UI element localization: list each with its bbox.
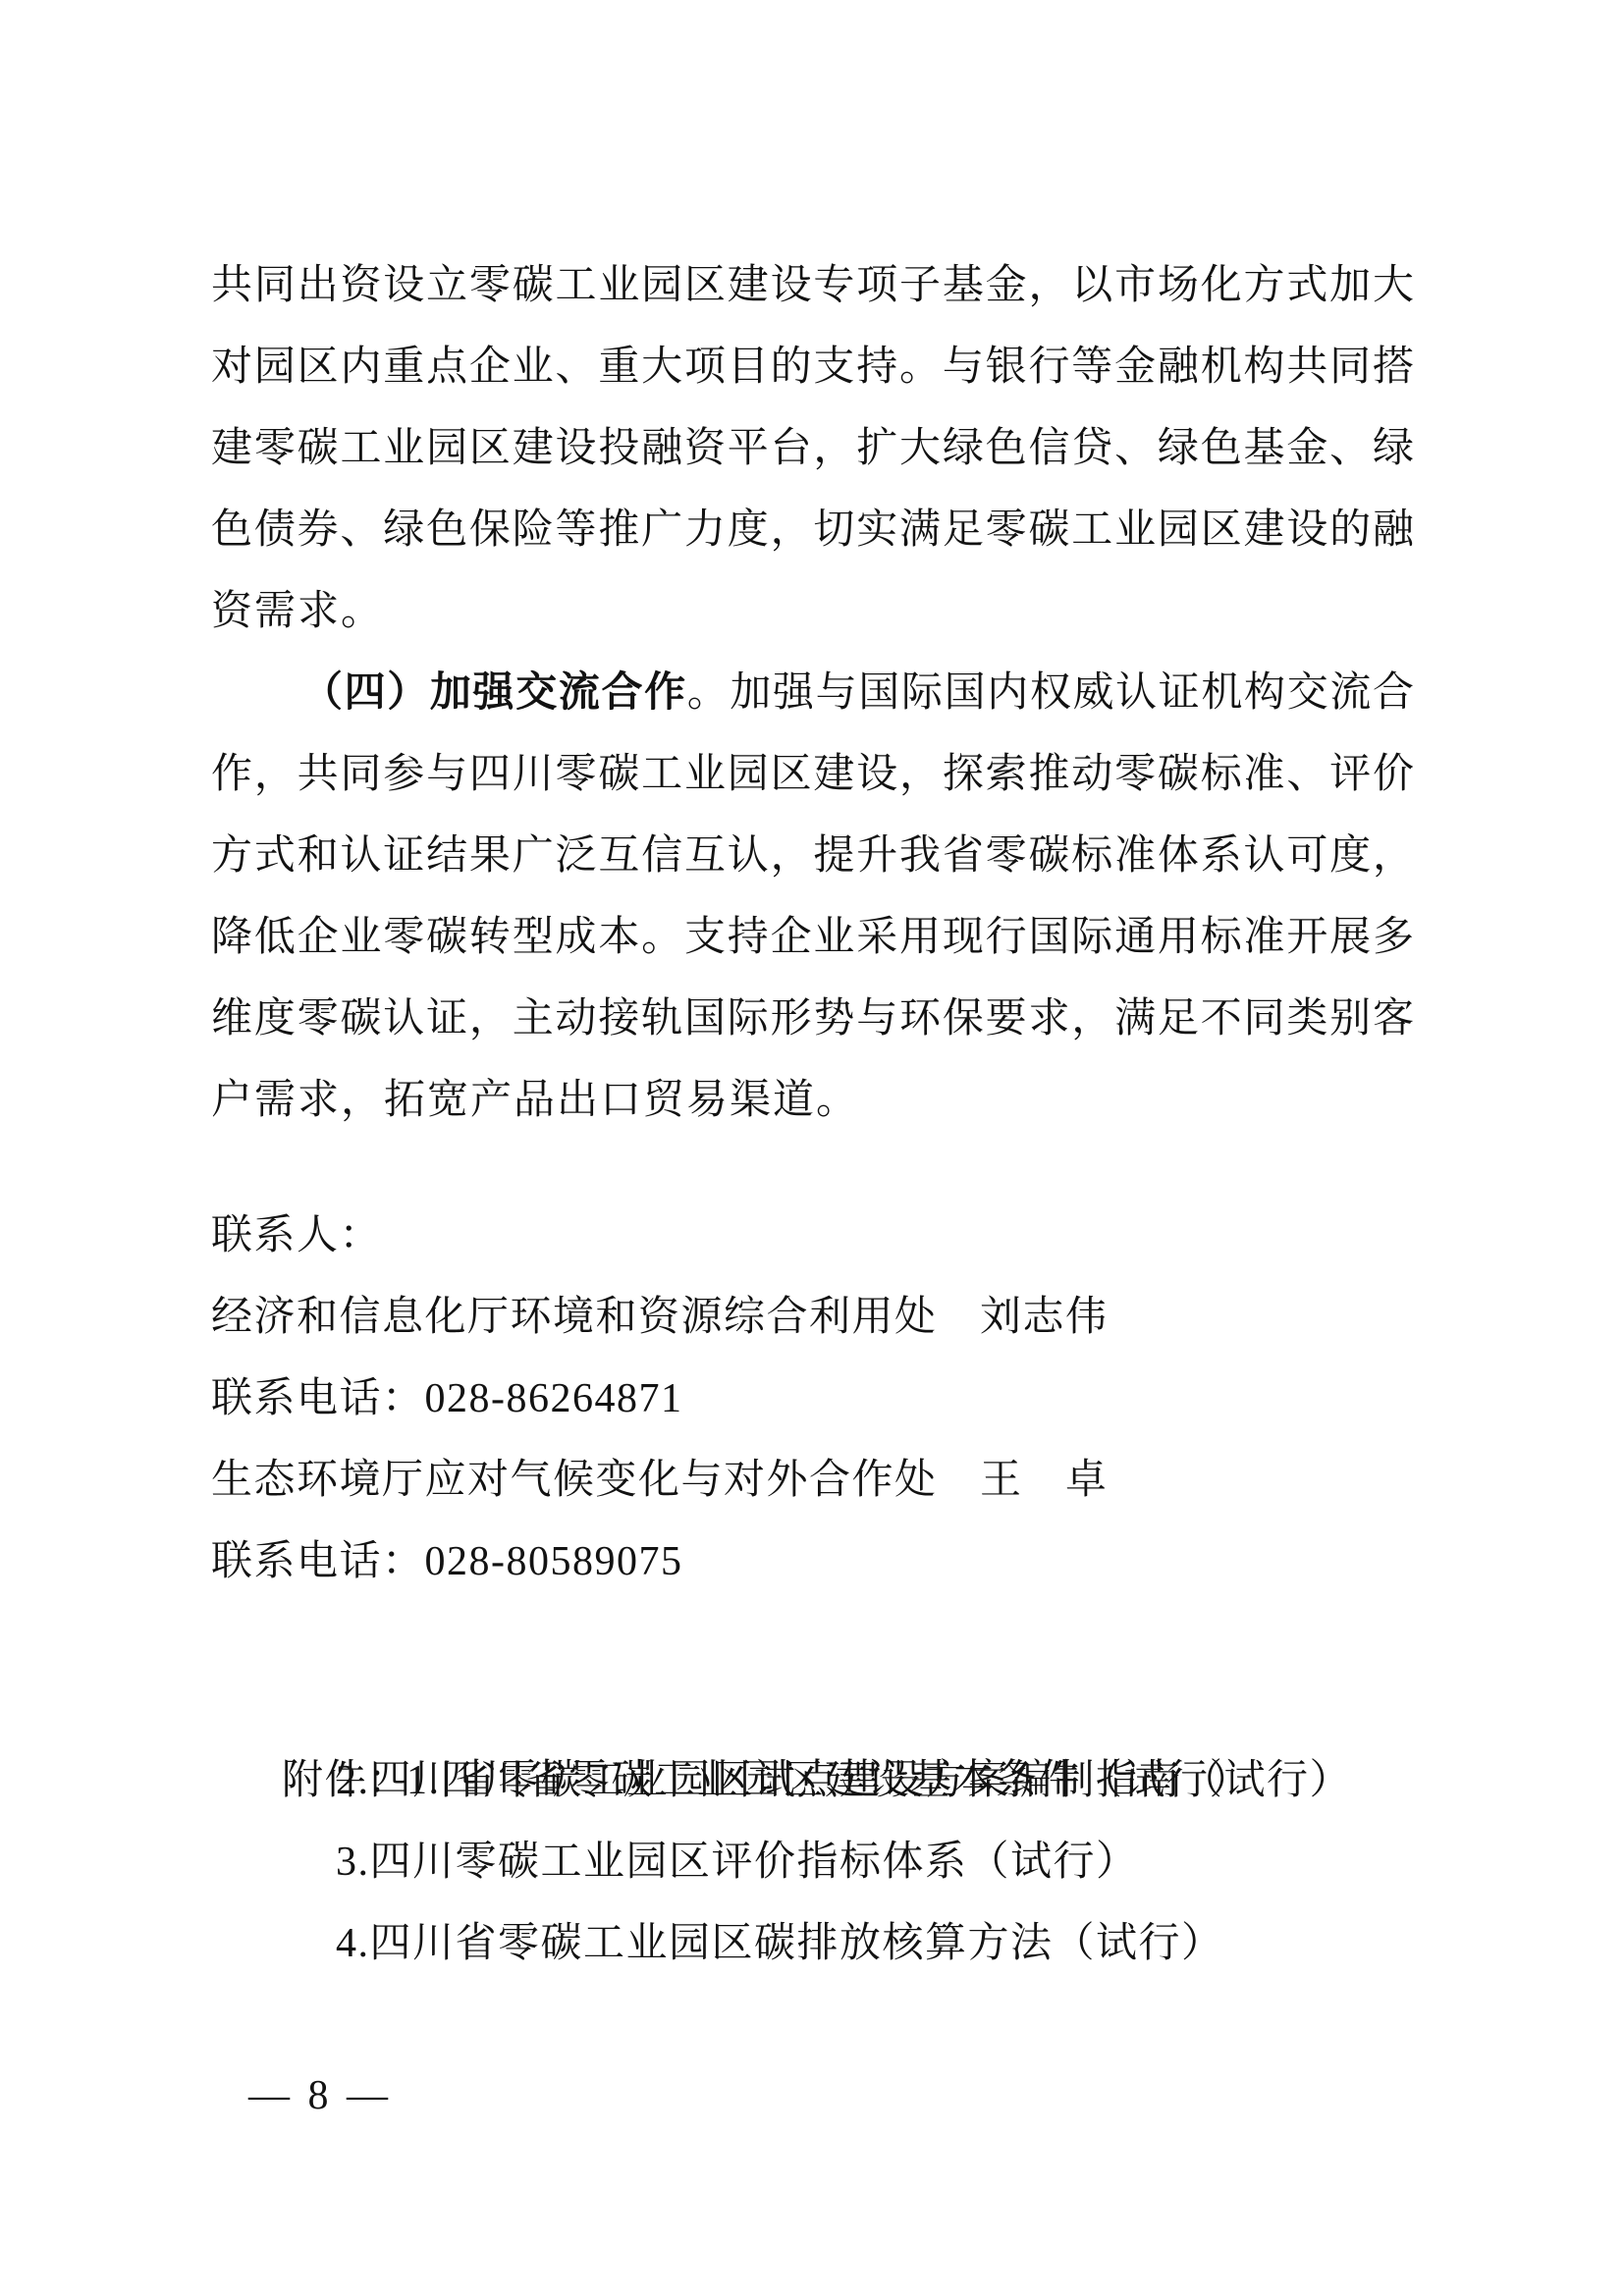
contact-org-line: 经济和信息化厅环境和资源综合利用处 刘志伟 — [211, 1277, 1414, 1359]
text-line: 维度零碳认证，主动接轨国际形势与环保要求，满足不同类别客 — [211, 979, 1414, 1060]
text-line: （四）加强交流合作。加强与国际国内权威认证机构交流合 — [211, 653, 1414, 734]
text-line: 作，共同参与四川零碳工业园区建设，探索推动零碳标准、评价 — [211, 734, 1414, 816]
page-number: — 8 — — [248, 2073, 392, 2118]
text-line: 对园区内重点企业、重大项目的支持。与银行等金融机构共同搭 — [211, 327, 1414, 408]
document-page: 共同出资设立零碳工业园区建设专项子基金，以市场化方式加大 对园区内重点企业、重大… — [0, 0, 1624, 2296]
contact-phone-line: 联系电话：028-86264871 — [211, 1359, 1414, 1440]
contact-phone-line: 联系电话：028-80589075 — [211, 1522, 1414, 1603]
section-four-lead-text: 。加强与国际国内权威认证机构交流合 — [687, 670, 1414, 716]
page-footer: — 8 — — [248, 2073, 392, 2118]
text-line: 共同出资设立零碳工业园区建设专项子基金，以市场化方式加大 — [211, 245, 1414, 327]
text-line: 建零碳工业园区建设投融资平台，扩大绿色信贷、绿色基金、绿 — [211, 408, 1414, 490]
attachment-item: 4.四川省零碳工业园区碳排放核算方法（试行） — [211, 1903, 1414, 1985]
attachment-block: 附件：1.四川省零碳工业园区建设基本条件（试行） 2.四川省零碳工业园区试点建设… — [211, 1659, 1414, 1985]
section-four-heading: （四）加强交流合作 — [301, 670, 687, 716]
contact-block: 联系人： 经济和信息化厅环境和资源综合利用处 刘志伟 联系电话：028-8626… — [211, 1196, 1414, 1603]
text-line: 降低企业零碳转型成本。支持企业采用现行国际通用标准开展多 — [211, 897, 1414, 979]
contact-org-line: 生态环境厅应对气候变化与对外合作处 王 卓 — [211, 1440, 1414, 1522]
text-line: 色债券、绿色保险等推广力度，切实满足零碳工业园区建设的融 — [211, 490, 1414, 571]
contact-heading: 联系人： — [211, 1196, 1414, 1277]
attachment-item: 2.四川省零碳工业园区试点建设方案编制指南（试行） — [211, 1740, 1414, 1822]
attachment-row: 附件：1.四川省零碳工业园区建设基本条件（试行） — [211, 1659, 1414, 1740]
text-line: 方式和认证结果广泛互信互认，提升我省零碳标准体系认可度， — [211, 816, 1414, 897]
attachment-item: 3.四川零碳工业园区评价指标体系（试行） — [211, 1822, 1414, 1903]
paragraph-section-four: （四）加强交流合作。加强与国际国内权威认证机构交流合 作，共同参与四川零碳工业园… — [211, 653, 1414, 1142]
text-line: 资需求。 — [211, 571, 1414, 653]
paragraph-funding: 共同出资设立零碳工业园区建设专项子基金，以市场化方式加大 对园区内重点企业、重大… — [211, 245, 1414, 653]
text-line: 户需求，拓宽产品出口贸易渠道。 — [211, 1060, 1414, 1142]
